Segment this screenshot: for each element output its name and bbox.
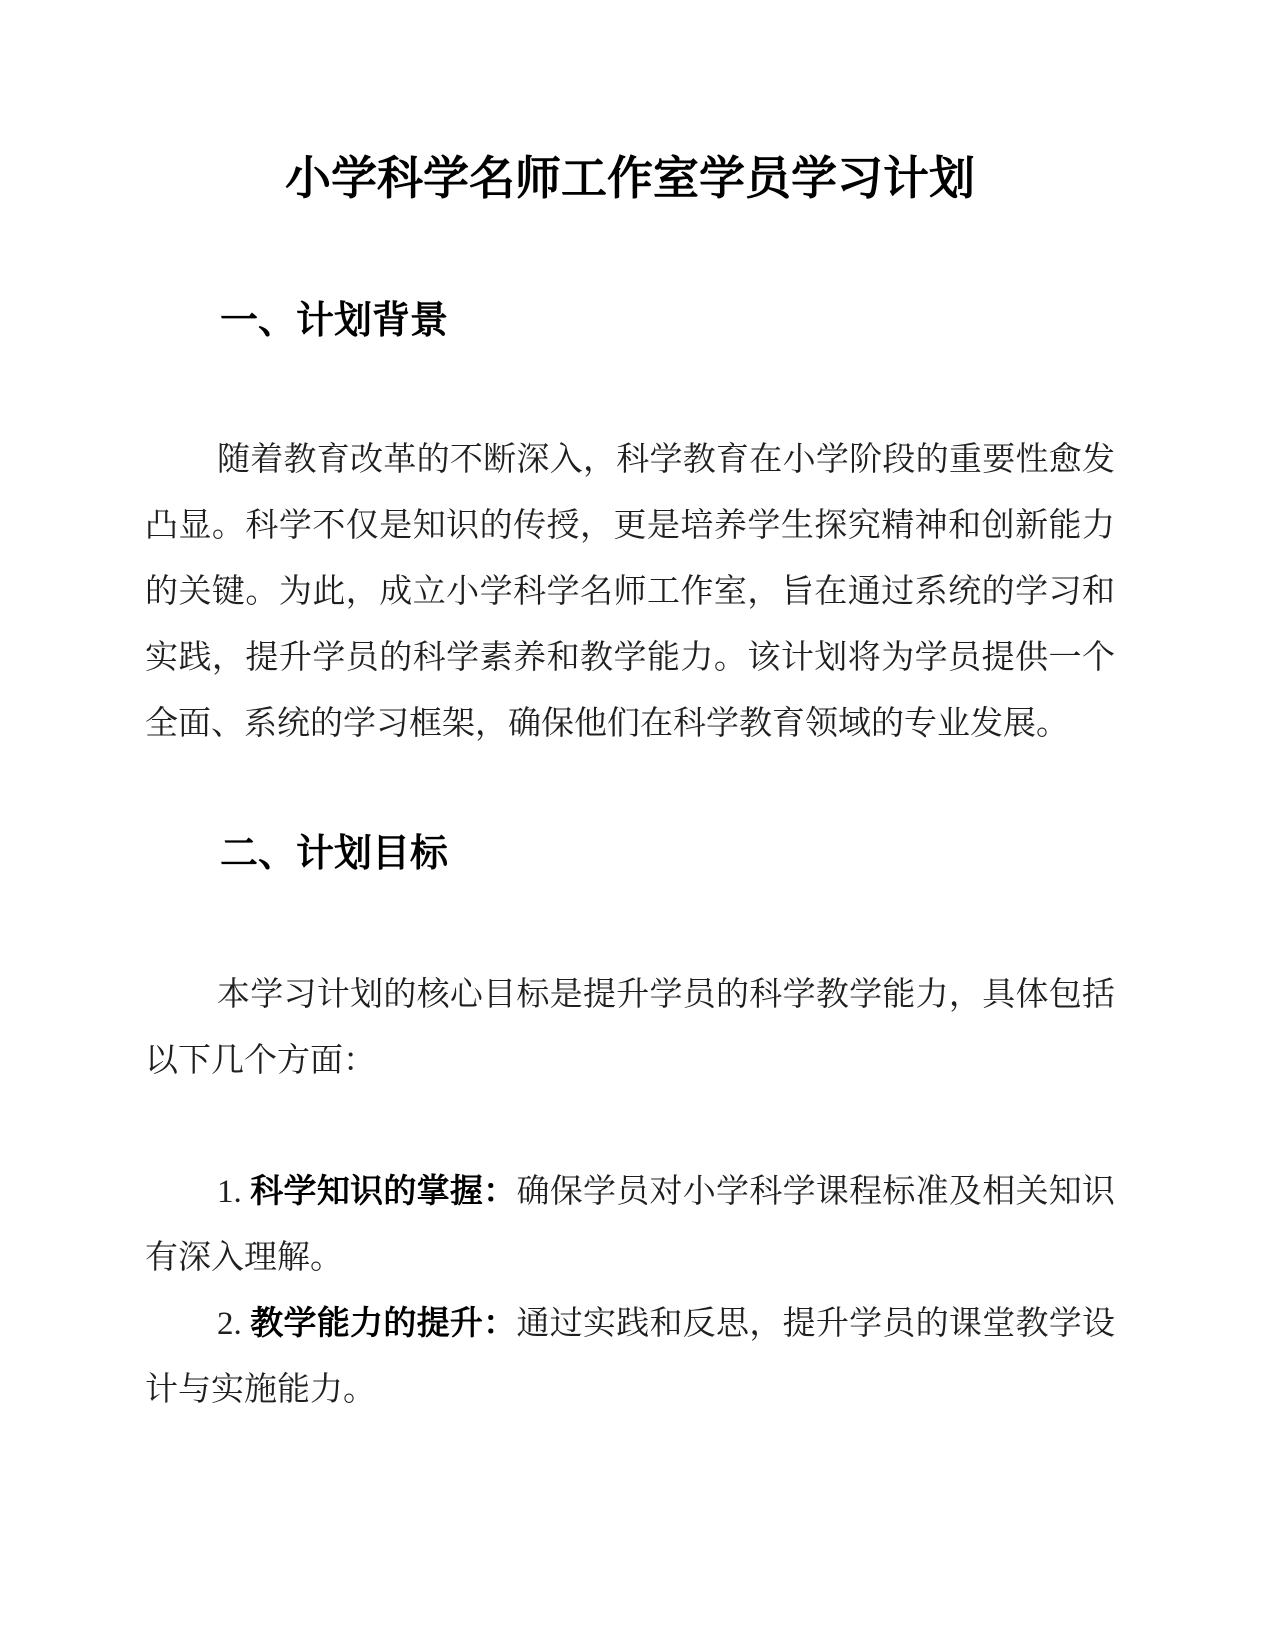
- item-number: 1.: [217, 1174, 250, 1210]
- item-term: 教学能力的提升：: [250, 1306, 516, 1342]
- item-term: 科学知识的掌握：: [250, 1174, 516, 1210]
- section-heading-background: 一、计划背景: [145, 296, 1115, 346]
- list-item: 2. 教学能力的提升：通过实践和反思，提升学员的课堂教学设计与实施能力。: [145, 1291, 1115, 1423]
- goals-intro-paragraph: 本学习计划的核心目标是提升学员的科学教学能力，具体包括以下几个方面：: [145, 962, 1115, 1094]
- document-content: 小学科学名师工作室学员学习计划 一、计划背景 随着教育改革的不断深入，科学教育在…: [145, 0, 1115, 1423]
- background-paragraph: 随着教育改革的不断深入，科学教育在小学阶段的重要性愈发凸显。科学不仅是知识的传授…: [145, 427, 1115, 757]
- document-page: 小学科学名师工作室学员学习计划 一、计划背景 随着教育改革的不断深入，科学教育在…: [0, 0, 1275, 1650]
- section-heading-goals: 二、计划目标: [145, 829, 1115, 879]
- list-item: 1. 科学知识的掌握：确保学员对小学科学课程标准及相关知识有深入理解。: [145, 1159, 1115, 1291]
- item-number: 2.: [217, 1306, 250, 1342]
- goals-list: 1. 科学知识的掌握：确保学员对小学科学课程标准及相关知识有深入理解。 2. 教…: [145, 1159, 1115, 1423]
- document-title: 小学科学名师工作室学员学习计划: [145, 148, 1115, 208]
